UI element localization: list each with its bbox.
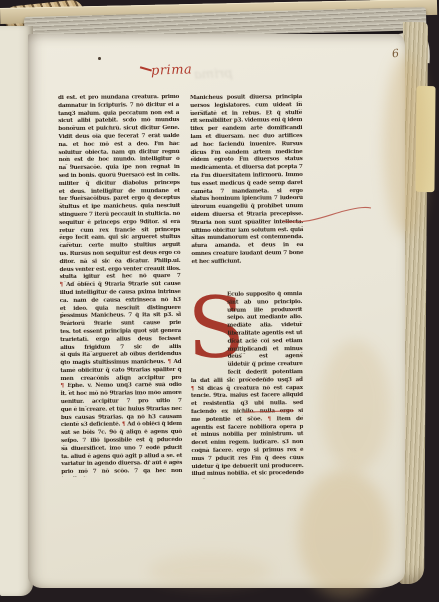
text-line: omnes creature laudant deum 7 bone sunt: [191, 250, 303, 259]
water-stain: [384, 54, 428, 236]
pilcrow-rubric: ¶: [122, 422, 125, 428]
book-page: prima prima 6 di est. et pro mundana cre…: [28, 34, 405, 588]
offset-ghost-text: prima: [194, 66, 233, 82]
running-header: prima: [151, 62, 193, 78]
pilcrow-rubric: ¶: [60, 282, 63, 288]
red-ink-margin-stroke: [280, 204, 374, 228]
pilcrow-rubric: ¶: [61, 383, 64, 389]
text-line: illud minus nobilia. et sic procedendo u…: [192, 470, 304, 479]
text-line: prio mō 7 nō scōo. 7 qa hec non intellex…: [61, 468, 182, 477]
text-column-left: di est. et pro mundana creatura. primo m…: [58, 94, 182, 477]
rubricated-initial-s: S: [190, 292, 228, 374]
text-line: et hec sufficiunt.: [191, 258, 303, 267]
text-column-right-paragraph-2: S Eculo supposito q̄ omniasint ab uno pr…: [190, 291, 304, 479]
pilcrow-rubric: ¶: [168, 359, 171, 365]
pilcrow-rubric: ¶: [268, 416, 271, 422]
folio-number: 6: [391, 47, 400, 61]
book-photo: prima prima 6 di est. et pro mundana cre…: [0, 0, 439, 602]
text-line: dicat aciē cōi sed etiam potentiam: [227, 338, 302, 346]
screenshot-root: { "page": { "running_header": "prima", "…: [0, 0, 439, 602]
text-column-right-paragraph-1: Manicheus posuit diuersa principia et di…: [190, 94, 303, 267]
water-stain: [298, 470, 390, 598]
ink-speck: [98, 57, 101, 60]
water-stain: [148, 553, 272, 589]
water-stain: [320, 340, 390, 472]
text-line: sint ab uno principio. queritur: [227, 299, 302, 307]
pilcrow-rubric: ¶: [191, 386, 194, 392]
